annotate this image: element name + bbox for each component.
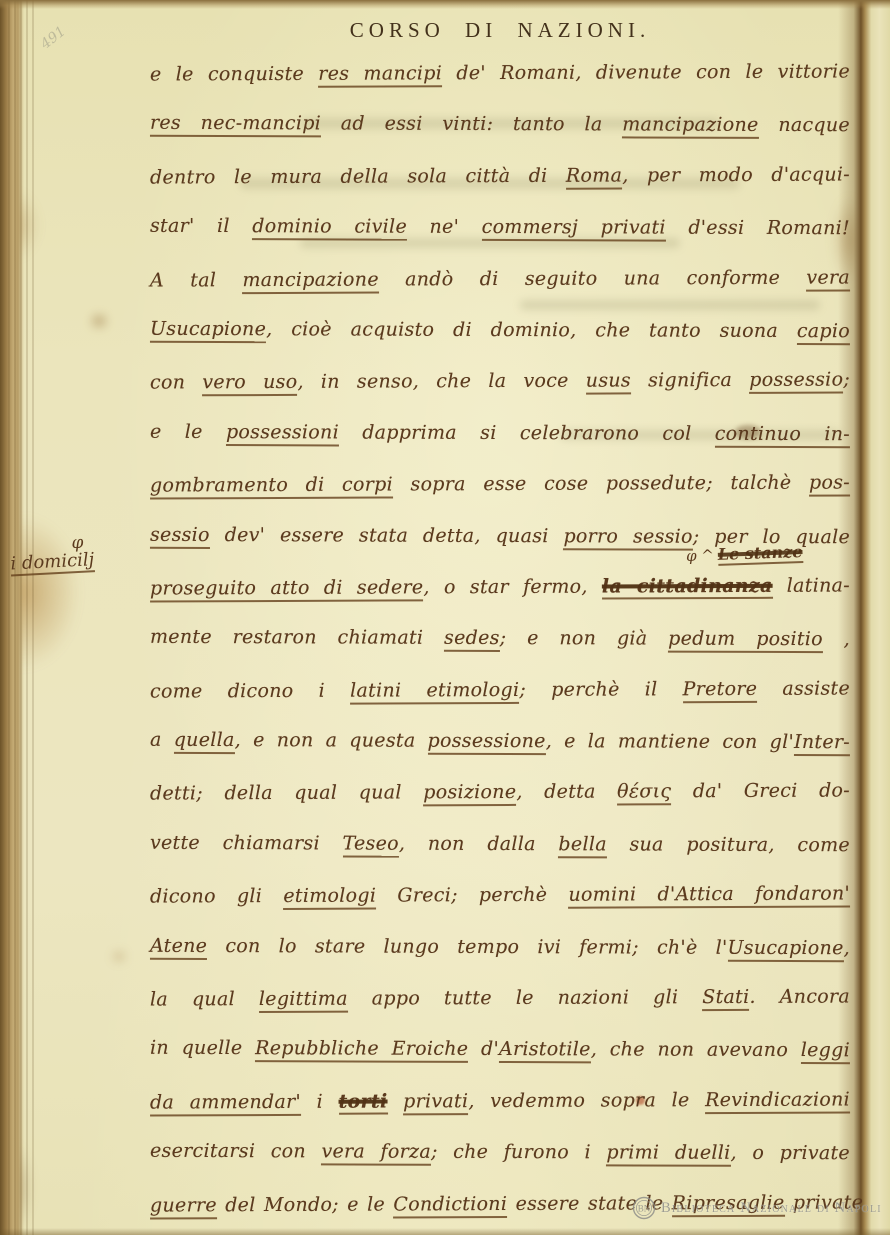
margin-note-text: i domicilj <box>10 549 95 576</box>
underlined-text: Revindicazioni <box>705 1088 850 1114</box>
manuscript-line: e le conquiste res mancipi de' Romani, d… <box>150 46 850 100</box>
handwritten-text: i <box>301 1091 339 1113</box>
underlined-text: Inter- <box>794 731 850 756</box>
handwritten-text: da' Greci do- <box>671 780 850 803</box>
handwritten-text: e le conquiste <box>150 63 318 86</box>
manuscript-line: Usucapione, cioè acquisto di dominio, ch… <box>150 304 850 358</box>
handwritten-text: ad essi vinti: tanto la <box>321 113 622 136</box>
underlined-text: Stati <box>702 986 749 1011</box>
underlined-text: posizione <box>423 781 516 806</box>
underlined-text: Condictioni <box>393 1193 507 1218</box>
handwritten-text: andò di seguito una conforme <box>379 266 807 290</box>
underlined-text: capio <box>797 320 850 345</box>
struck-text: torti <box>339 1090 388 1114</box>
handwritten-text: dev' essere stata detta, quasi <box>210 524 564 547</box>
handwritten-text: nacque <box>759 114 850 136</box>
underlined-text: res nec-mancipi <box>150 112 321 138</box>
binding-streaks <box>8 0 38 1235</box>
handwritten-text: , o star fermo, <box>423 575 602 598</box>
handwritten-text: ; <box>843 369 850 391</box>
underlined-text: bella <box>558 833 606 858</box>
handwritten-text: ; che furono i <box>431 1141 607 1164</box>
underlined-text: Pretore <box>683 678 758 703</box>
handwritten-text: vette chiamarsi <box>150 832 343 855</box>
underlined-text: vero uso <box>202 371 297 396</box>
interlinear-insertion: φ ^Le stanze <box>686 542 803 565</box>
underlined-text: dominio civile <box>252 215 407 241</box>
manuscript-lines: e le conquiste res mancipi de' Romani, d… <box>150 48 850 1230</box>
underlined-text: privati <box>403 1090 468 1115</box>
underlined-text: porro sessio <box>563 525 692 550</box>
handwritten-text: sua positura, come <box>607 833 850 856</box>
handwritten-text: , e non a questa <box>235 729 428 752</box>
handwritten-text: esercitarsi con <box>150 1140 322 1163</box>
underlined-text: latini etimologi <box>350 679 519 705</box>
underlined-text: Aristotile <box>499 1038 591 1063</box>
handwritten-text <box>387 1090 403 1112</box>
underlined-text: pos- <box>809 472 850 497</box>
handwritten-text: appo tutte le nazioni gli <box>348 986 703 1010</box>
insertion-struck-text: Le stanze <box>718 542 803 566</box>
handwritten-text: , <box>844 937 850 959</box>
struck-text: la cittadinanza <box>602 575 773 600</box>
insertion-phi-symbol: φ <box>71 532 145 550</box>
handwritten-text: detti; della qual qual <box>150 782 423 805</box>
underlined-text: vera forza <box>321 1141 431 1166</box>
manuscript-line: dicono gli etimologi Greci; perchè uomin… <box>150 869 850 923</box>
handwritten-text: latina- <box>773 574 851 596</box>
handwritten-text: dapprima si celebrarono col <box>339 421 715 444</box>
handwritten-text: d' <box>468 1038 499 1060</box>
handwritten-text: con lo stare lungo tempo ivi fermi; ch'è… <box>207 935 727 959</box>
handwritten-text: mente restaron chiamati <box>150 626 444 649</box>
underlined-text: θέσις <box>617 781 671 806</box>
underlined-text: usus <box>586 370 631 395</box>
handwritten-text: ; perchè il <box>519 678 682 701</box>
manuscript-line: res nec-mancipi ad essi vinti: tanto la … <box>150 98 850 152</box>
underlined-text: mancipazione <box>242 268 379 294</box>
handwritten-text: , cioè acquisto di dominio, che tanto su… <box>266 318 797 342</box>
margin-note: φ i domicilj <box>9 532 146 574</box>
handwritten-text: , e la mantiene con gl' <box>546 730 794 753</box>
underlined-text: etimologi <box>283 885 376 910</box>
handwritten-text: significa <box>631 369 749 392</box>
underlined-text: Usucapione <box>727 936 843 961</box>
watermark-text: Biblioteca Nazionale di Napoli <box>661 1200 882 1217</box>
underlined-text: legittima <box>259 988 348 1013</box>
underlined-text: uomini d'Attica fondaron' <box>568 883 850 909</box>
manuscript-line: da ammendar' i torti privati, vedemmo so… <box>150 1074 850 1128</box>
handwritten-text: la qual <box>150 988 259 1010</box>
handwritten-text: , in senso, che la voce <box>297 370 585 393</box>
handwritten-text: con <box>150 372 202 394</box>
handwritten-text: ne' <box>407 216 482 238</box>
handwritten-text: , vedemmo sopra le <box>468 1089 705 1112</box>
handwritten-text: in quelle <box>150 1037 255 1059</box>
handwritten-text: , o private <box>730 1142 850 1164</box>
handwritten-text: dicono gli <box>150 885 283 908</box>
handwritten-text: , non dalla <box>399 833 559 856</box>
underlined-text: pedum positio <box>668 628 823 654</box>
underlined-text: possessioni <box>226 421 339 446</box>
underlined-text: guerre <box>150 1194 217 1219</box>
underlined-text: Atene <box>150 934 207 959</box>
manuscript-line: gombramento di corpi sopra esse cose pos… <box>150 458 850 512</box>
handwritten-text: , per modo d'acqui- <box>622 163 850 186</box>
handwritten-text: dentro le mura della sola città di <box>150 164 566 188</box>
underlined-text: primi duelli <box>606 1142 730 1167</box>
underlined-text: possessione <box>428 730 546 755</box>
manuscript-line: proseguito atto di sedere, o star fermo,… <box>150 560 850 614</box>
underlined-text: quella <box>174 729 235 754</box>
underlined-text: res mancipi <box>318 62 442 88</box>
handwritten-text: d'essi Romani! <box>666 217 850 240</box>
handwritten-text: a <box>150 729 174 751</box>
underlined-text: possessio <box>749 369 843 394</box>
manuscript-line: Atene con lo stare lungo tempo ivi fermi… <box>150 920 850 974</box>
underlined-text: sedes <box>444 627 500 652</box>
handwritten-text: Greci; perchè <box>376 884 568 907</box>
handwritten-text: assiste <box>757 677 850 699</box>
manuscript-line: come dicono i latini etimologi; perchè i… <box>150 663 850 717</box>
underlined-text: da ammendar' <box>150 1091 301 1117</box>
underlined-text: leggi <box>801 1039 850 1064</box>
manuscript-line: in quelle Repubbliche Eroiche d'Aristoti… <box>150 1023 850 1077</box>
manuscript-line: detti; della qual qual posizione, detta … <box>150 766 850 820</box>
page-top-edge <box>0 0 890 9</box>
manuscript-line: vette chiamarsi Teseo, non dalla bella s… <box>150 818 850 872</box>
insertion-phi-symbol: φ ^ <box>686 546 714 565</box>
handwritten-text: come dicono i <box>150 679 350 702</box>
underlined-text: commersj privati <box>482 216 666 242</box>
underlined-text: Roma <box>566 164 622 189</box>
manuscript-line: mente restaron chiamati sedes; e non già… <box>150 612 850 666</box>
manuscript-scan: 491 CORSO DI NAZIONI. e le conquiste res… <box>0 0 890 1235</box>
handwritten-text: . Ancora <box>749 986 850 1008</box>
manuscript-line: esercitarsi con vera forza; che furono i… <box>150 1126 850 1180</box>
handwritten-text: sopra esse cose possedute; talchè <box>393 472 809 496</box>
underlined-text: sessio <box>150 523 210 548</box>
manuscript-line: dentro le mura della sola città di Roma,… <box>150 149 850 203</box>
handwritten-text: , detta <box>516 781 617 803</box>
handwritten-text: , che non avevano <box>591 1039 801 1062</box>
manuscript-line: con vero uso, in senso, che la voce usus… <box>150 355 850 409</box>
manuscript-line: star' il dominio civile ne' commersj pri… <box>150 201 850 255</box>
bnn-monogram-icon: BN <box>632 1196 656 1220</box>
underlined-text: Repubbliche Eroiche <box>255 1038 468 1064</box>
handwritten-text: e le <box>150 421 226 443</box>
svg-text:BN: BN <box>638 1204 651 1214</box>
underlined-text: gombramento di corpi <box>150 474 393 500</box>
underlined-text: proseguito atto di sedere <box>150 576 424 602</box>
handwritten-text: A tal <box>150 269 243 291</box>
handwritten-text: star' il <box>150 215 252 237</box>
underlined-text: continuo in- <box>715 422 850 447</box>
manuscript-line: e le possessioni dapprima si celebrarono… <box>150 407 850 461</box>
handwritten-text: , <box>823 628 850 650</box>
page-title: CORSO DI NAZIONI. <box>150 18 850 43</box>
underlined-text: Teseo <box>342 832 398 857</box>
handwritten-text: de' Romani, divenute con le vittorie <box>442 60 850 84</box>
handwritten-text: del Mondo; e le <box>217 1193 394 1216</box>
manuscript-line: la qual legittima appo tutte le nazioni … <box>150 972 850 1026</box>
underlined-text: vera <box>806 266 850 291</box>
handwritten-text: ; e non già <box>500 627 669 650</box>
library-watermark: BN Biblioteca Nazionale di Napoli <box>632 1196 882 1220</box>
underlined-text: Usucapione <box>150 318 266 343</box>
manuscript-line: a quella, e non a questa possessione, e … <box>150 715 850 769</box>
manuscript-line: A tal mancipazione andò di seguito una c… <box>150 252 850 306</box>
underlined-text: mancipazione <box>622 114 758 139</box>
